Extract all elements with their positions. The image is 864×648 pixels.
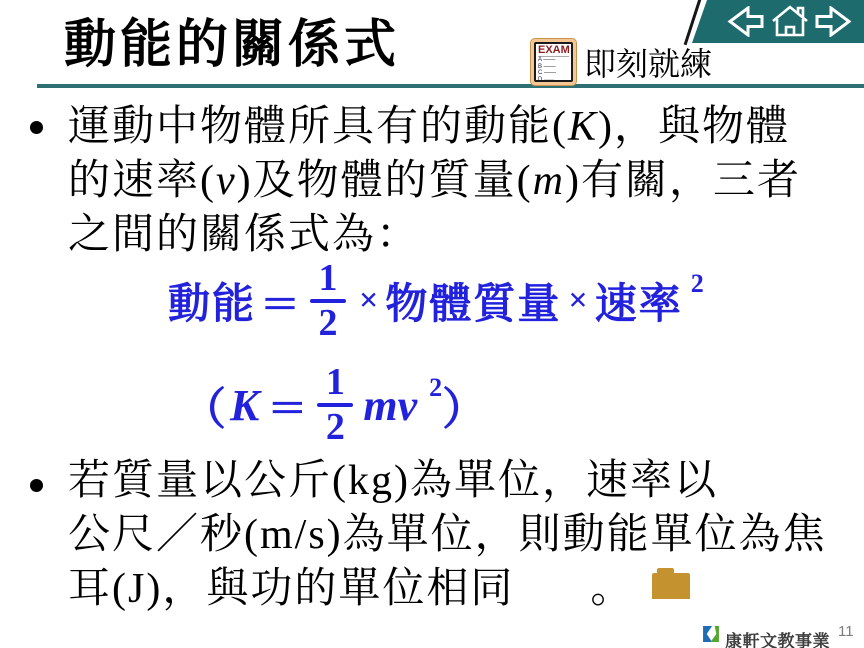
slide: 動能的關係式 EXAM A —— B —— (0, 0, 864, 648)
home-icon[interactable] (770, 4, 808, 35)
variable-v: v (216, 158, 237, 204)
multiply-sign: × (359, 282, 378, 320)
variable-K: K (568, 104, 598, 150)
kinetic-energy-formula-chinese: 動能 ＝ 1 2 × 物體質量 × 速率 2 (168, 258, 704, 344)
exponent-2: 2 (691, 269, 704, 299)
formula-factor-mass: 物體質量 (385, 271, 561, 331)
exam-answer-sheet: EXAM A —— B —— C —— D ····· (534, 42, 573, 82)
equals-sign: ＝ (260, 273, 300, 330)
fraction-numerator: 1 (326, 362, 345, 403)
variable-m: m (533, 158, 565, 204)
fraction-one-half: 1 2 (310, 258, 346, 344)
close-paren: ） (442, 373, 486, 437)
title-underline-rule (37, 84, 864, 88)
variable-K: K (230, 380, 259, 431)
page-title: 動能的關係式 (64, 16, 400, 76)
back-arrow-icon[interactable] (727, 6, 765, 37)
exam-quiz-icon[interactable]: EXAM A —— B —— C —— D ····· (530, 38, 577, 86)
kinetic-energy-formula-symbolic: （ K ＝ 1 2 mv 2 ） (182, 362, 486, 448)
equals-sign: ＝ (267, 377, 307, 434)
sentence-period: 。 (590, 566, 634, 612)
folder-icon[interactable] (650, 567, 692, 601)
forward-arrow-icon[interactable] (814, 6, 852, 37)
multiply-sign: × (568, 282, 587, 320)
bullet2-paragraph: 若質量以公斤(kg)為單位，速率以 公尺／秒(m/s)為單位，則動能單位為焦 耳… (68, 454, 827, 616)
fraction-denominator: 2 (326, 407, 345, 448)
bullet1-paragraph: 運動中物體所具有的動能(K)，與物體 的速率(v)及物體的質量(m)有關，三者 … (68, 100, 801, 262)
bullet-dot (30, 479, 43, 492)
publisher-logo-icon (702, 625, 720, 643)
exponent-2: 2 (429, 373, 442, 403)
bullet1-line2: 的速率(v)及物體的質量(m)有關，三者 (68, 154, 801, 208)
variables-mv: mv (363, 380, 417, 431)
formula-lhs: 動能 (168, 271, 256, 331)
open-paren: （ (182, 373, 226, 437)
bullet1-line1: 運動中物體所具有的動能(K)，與物體 (68, 100, 801, 154)
bullet-dot (30, 121, 43, 134)
fraction-denominator: 2 (319, 303, 338, 344)
bullet2-line1: 若質量以公斤(kg)為單位，速率以 (68, 454, 827, 508)
publisher-name: 康軒文教事業 (725, 627, 830, 648)
nav-banner (683, 0, 864, 43)
exam-badge-title: EXAM (538, 45, 569, 57)
fraction-one-half: 1 2 (317, 362, 353, 448)
bullet1-line3: 之間的關係式為： (68, 208, 801, 262)
formula-factor-speed: 速率 (595, 271, 683, 331)
fraction-numerator: 1 (319, 258, 338, 299)
practice-now-label: 即刻就練 (584, 45, 712, 83)
page-number: 11 (838, 623, 854, 640)
exam-row-d: D ····· (538, 77, 569, 83)
bullet2-line3: 耳(J)，與功的單位相同。 (68, 562, 827, 616)
bullet2-line2: 公尺／秒(m/s)為單位，則動能單位為焦 (68, 508, 827, 562)
